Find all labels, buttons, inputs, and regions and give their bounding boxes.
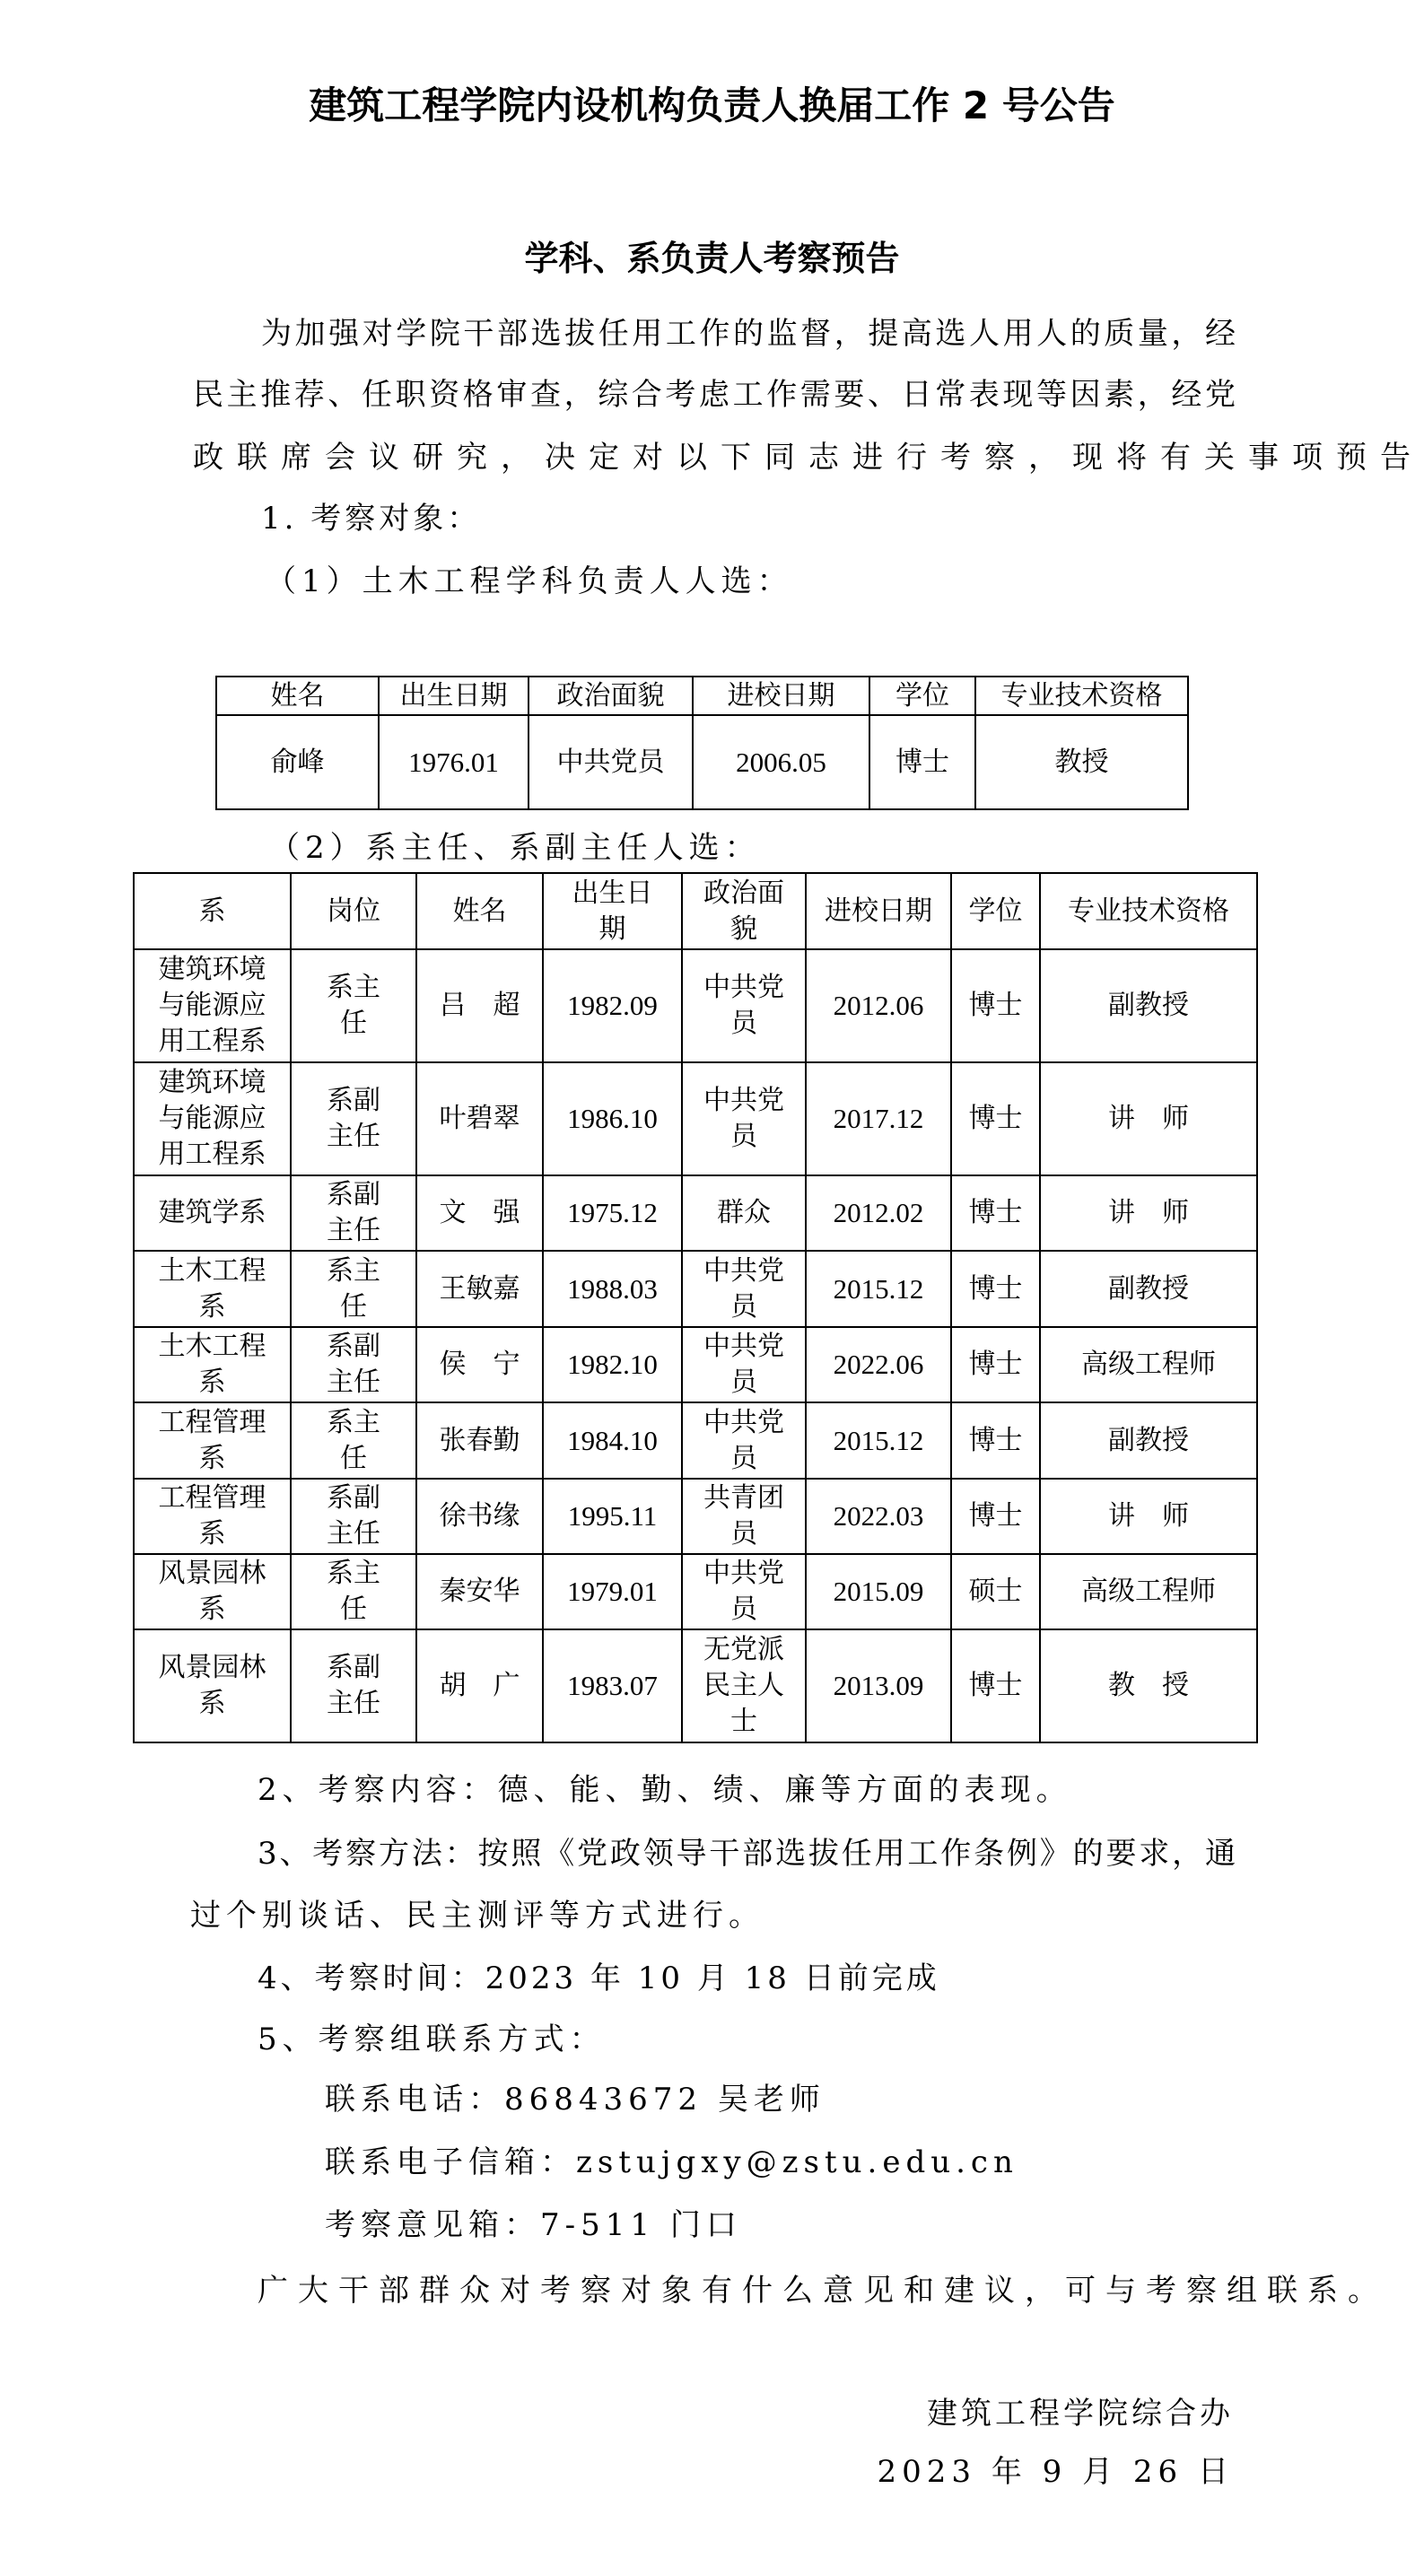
table2-cell-birth: 1988.03 <box>543 1251 682 1327</box>
intro-line-3: 政联席会议研究，决定对以下同志进行考察，现将有关事项预告如下： <box>193 440 1424 476</box>
table2-cell-name: 胡 广 <box>416 1629 543 1742</box>
table2-cell-title: 副教授 <box>1040 949 1257 1062</box>
table2-cell-political: 中共党员 <box>682 1062 806 1175</box>
table-row: 俞峰 1976.01 中共党员 2006.05 博士 教授 <box>216 715 1188 809</box>
table2-cell-political: 中共党员 <box>682 1251 806 1327</box>
table2-cell-dept: 土木工程系 <box>134 1251 291 1327</box>
section3-line-1: 3、考察方法：按照《党政领导干部选拔任用工作条例》的要求，通 <box>258 1836 1236 1872</box>
table2-cell-political: 中共党员 <box>682 1554 806 1629</box>
document-subtitle: 学科、系负责人考察预告 <box>0 239 1424 278</box>
table2-header-row: 系 岗位 姓名 出生日期 政治面貌 进校日期 学位 专业技术资格 <box>134 873 1257 949</box>
table2-cell-title: 讲 师 <box>1040 1062 1257 1175</box>
document-title: 建筑工程学院内设机构负责人换届工作 2 号公告 <box>0 84 1424 127</box>
table2-cell-political: 中共党员 <box>682 1402 806 1479</box>
table2-cell-political: 中共党员 <box>682 1327 806 1402</box>
section3-line-2: 过个别谈话、民主测评等方式进行。 <box>190 1898 764 1934</box>
table2-cell-join: 2012.02 <box>806 1175 951 1251</box>
table2-cell-birth: 1979.01 <box>543 1554 682 1629</box>
table-row: 建筑学系系副主任文 强1975.12群众2012.02博士讲 师 <box>134 1175 1257 1251</box>
table2-cell-join: 2015.09 <box>806 1554 951 1629</box>
table2-cell-dept: 风景园林系 <box>134 1629 291 1742</box>
table2-cell-birth: 1982.09 <box>543 949 682 1062</box>
signature-date: 2023 年 9 月 26 日 <box>878 2454 1234 2490</box>
table2-cell-position: 系主任 <box>291 1402 416 1479</box>
table1-header-name: 姓名 <box>216 677 379 715</box>
table2-cell-position: 系副主任 <box>291 1175 416 1251</box>
table2-cell-title: 副教授 <box>1040 1251 1257 1327</box>
table2-header-position: 岗位 <box>291 873 416 949</box>
table2-cell-degree: 博士 <box>951 1479 1040 1554</box>
table2-cell-political: 无党派民主人士 <box>682 1629 806 1742</box>
table2-cell-join: 2015.12 <box>806 1402 951 1479</box>
table2-cell-position: 系主任 <box>291 949 416 1062</box>
table2-cell-position: 系副主任 <box>291 1062 416 1175</box>
table2-cell-join: 2013.09 <box>806 1629 951 1742</box>
table2-cell-name: 叶碧翠 <box>416 1062 543 1175</box>
table2-cell-birth: 1975.12 <box>543 1175 682 1251</box>
closing-paragraph: 广大干部群众对考察对象有什么意见和建议，可与考察组联系。 <box>258 2273 1388 2309</box>
table2-cell-join: 2022.03 <box>806 1479 951 1554</box>
table2-cell-dept: 土木工程系 <box>134 1327 291 1402</box>
table2-cell-degree: 博士 <box>951 1062 1040 1175</box>
table1-cell-political: 中共党员 <box>529 715 693 809</box>
table-row: 风景园林系系主任秦安华1979.01中共党员2015.09硕士高级工程师 <box>134 1554 1257 1629</box>
table1-cell-degree: 博士 <box>869 715 975 809</box>
table2-cell-dept: 工程管理系 <box>134 1402 291 1479</box>
table2-cell-birth: 1995.11 <box>543 1479 682 1554</box>
table2-cell-join: 2017.12 <box>806 1062 951 1175</box>
section1-heading: 1. 考察对象： <box>261 501 481 537</box>
section4: 4、考察时间：2023 年 10 月 18 日前完成 <box>258 1960 940 1996</box>
table1-cell-name: 俞峰 <box>216 715 379 809</box>
table2-cell-join: 2022.06 <box>806 1327 951 1402</box>
table-row: 建筑环境与能源应用工程系系主任吕 超1982.09中共党员2012.06博士副教… <box>134 949 1257 1062</box>
table2-cell-dept: 风景园林系 <box>134 1554 291 1629</box>
contact-mailbox: 考察意见箱：7-511 门口 <box>325 2207 742 2243</box>
table2-cell-position: 系副主任 <box>291 1327 416 1402</box>
table-subject-leader: 姓名 出生日期 政治面貌 进校日期 学位 专业技术资格 俞峰 1976.01 中… <box>215 676 1189 810</box>
table2-cell-dept: 建筑环境与能源应用工程系 <box>134 949 291 1062</box>
table1-cell-join: 2006.05 <box>693 715 869 809</box>
table2-header-dept: 系 <box>134 873 291 949</box>
table1-header-join: 进校日期 <box>693 677 869 715</box>
table2-cell-birth: 1986.10 <box>543 1062 682 1175</box>
table1-cell-birth: 1976.01 <box>379 715 529 809</box>
table2-cell-birth: 1983.07 <box>543 1629 682 1742</box>
table2-cell-title: 高级工程师 <box>1040 1554 1257 1629</box>
table2-header-birth: 出生日期 <box>543 873 682 949</box>
table2-cell-degree: 博士 <box>951 1175 1040 1251</box>
table1-header-degree: 学位 <box>869 677 975 715</box>
table2-cell-join: 2012.06 <box>806 949 951 1062</box>
table2-cell-degree: 硕士 <box>951 1554 1040 1629</box>
table2-cell-dept: 建筑学系 <box>134 1175 291 1251</box>
section1-sub2: （2）系主任、系副主任人选： <box>269 830 761 866</box>
table2-cell-degree: 博士 <box>951 949 1040 1062</box>
section1-sub1: （1）土木工程学科负责人人选： <box>266 563 793 599</box>
table-row: 土木工程系系副主任侯 宁1982.10中共党员2022.06博士高级工程师 <box>134 1327 1257 1402</box>
table2-cell-degree: 博士 <box>951 1402 1040 1479</box>
table2-cell-position: 系主任 <box>291 1251 416 1327</box>
table2-cell-name: 秦安华 <box>416 1554 543 1629</box>
table-row: 土木工程系系主任王敏嘉1988.03中共党员2015.12博士副教授 <box>134 1251 1257 1327</box>
table1-header-political: 政治面貌 <box>529 677 693 715</box>
table2-header-name: 姓名 <box>416 873 543 949</box>
table2-cell-position: 系主任 <box>291 1554 416 1629</box>
table2-cell-title: 教 授 <box>1040 1629 1257 1742</box>
contact-email: 联系电子信箱：zstujgxy@zstu.edu.cn <box>325 2144 1018 2180</box>
intro-line-2: 民主推荐、任职资格审查，综合考虑工作需要、日常表现等因素，经党 <box>193 377 1236 413</box>
table2-cell-name: 王敏嘉 <box>416 1251 543 1327</box>
table1-header-row: 姓名 出生日期 政治面貌 进校日期 学位 专业技术资格 <box>216 677 1188 715</box>
table1-cell-title: 教授 <box>975 715 1188 809</box>
table2-cell-title: 副教授 <box>1040 1402 1257 1479</box>
table2-cell-title: 讲 师 <box>1040 1479 1257 1554</box>
signature-org: 建筑工程学院综合办 <box>927 2396 1234 2432</box>
table2-cell-degree: 博士 <box>951 1327 1040 1402</box>
table2-cell-join: 2015.12 <box>806 1251 951 1327</box>
table-row: 风景园林系系副主任胡 广1983.07无党派民主人士2013.09博士教 授 <box>134 1629 1257 1742</box>
table2-cell-dept: 工程管理系 <box>134 1479 291 1554</box>
table2-cell-name: 张春勤 <box>416 1402 543 1479</box>
table1-header-title: 专业技术资格 <box>975 677 1188 715</box>
table2-cell-name: 吕 超 <box>416 949 543 1062</box>
table2-header-join: 进校日期 <box>806 873 951 949</box>
table2-cell-birth: 1982.10 <box>543 1327 682 1402</box>
table2-cell-name: 文 强 <box>416 1175 543 1251</box>
table2-header-political: 政治面貌 <box>682 873 806 949</box>
table-row: 工程管理系系主任张春勤1984.10中共党员2015.12博士副教授 <box>134 1402 1257 1479</box>
table2-cell-title: 讲 师 <box>1040 1175 1257 1251</box>
table2-cell-position: 系副主任 <box>291 1479 416 1554</box>
table2-header-title: 专业技术资格 <box>1040 873 1257 949</box>
table2-cell-name: 侯 宁 <box>416 1327 543 1402</box>
table2-cell-name: 徐书缘 <box>416 1479 543 1554</box>
table2-cell-political: 中共党员 <box>682 949 806 1062</box>
table2-cell-political: 群众 <box>682 1175 806 1251</box>
section5-heading: 5、考察组联系方式： <box>258 2022 606 2057</box>
table1-header-birth: 出生日期 <box>379 677 529 715</box>
table2-cell-degree: 博士 <box>951 1629 1040 1742</box>
table2-header-degree: 学位 <box>951 873 1040 949</box>
table2-cell-dept: 建筑环境与能源应用工程系 <box>134 1062 291 1175</box>
table2-cell-title: 高级工程师 <box>1040 1327 1257 1402</box>
table-row: 建筑环境与能源应用工程系系副主任叶碧翠1986.10中共党员2017.12博士讲… <box>134 1062 1257 1175</box>
section2: 2、考察内容：德、能、勤、绩、廉等方面的表现。 <box>258 1772 1072 1808</box>
table2-cell-political: 共青团员 <box>682 1479 806 1554</box>
contact-phone: 联系电话：86843672 吴老师 <box>325 2082 826 2118</box>
table2-cell-degree: 博士 <box>951 1251 1040 1327</box>
table2-cell-birth: 1984.10 <box>543 1402 682 1479</box>
table-department-leaders: 系 岗位 姓名 出生日期 政治面貌 进校日期 学位 专业技术资格 建筑环境与能源… <box>133 872 1258 1743</box>
intro-line-1: 为加强对学院干部选拔任用工作的监督，提高选人用人的质量，经 <box>261 316 1236 352</box>
table2-cell-position: 系副主任 <box>291 1629 416 1742</box>
table-row: 工程管理系系副主任徐书缘1995.11共青团员2022.03博士讲 师 <box>134 1479 1257 1554</box>
